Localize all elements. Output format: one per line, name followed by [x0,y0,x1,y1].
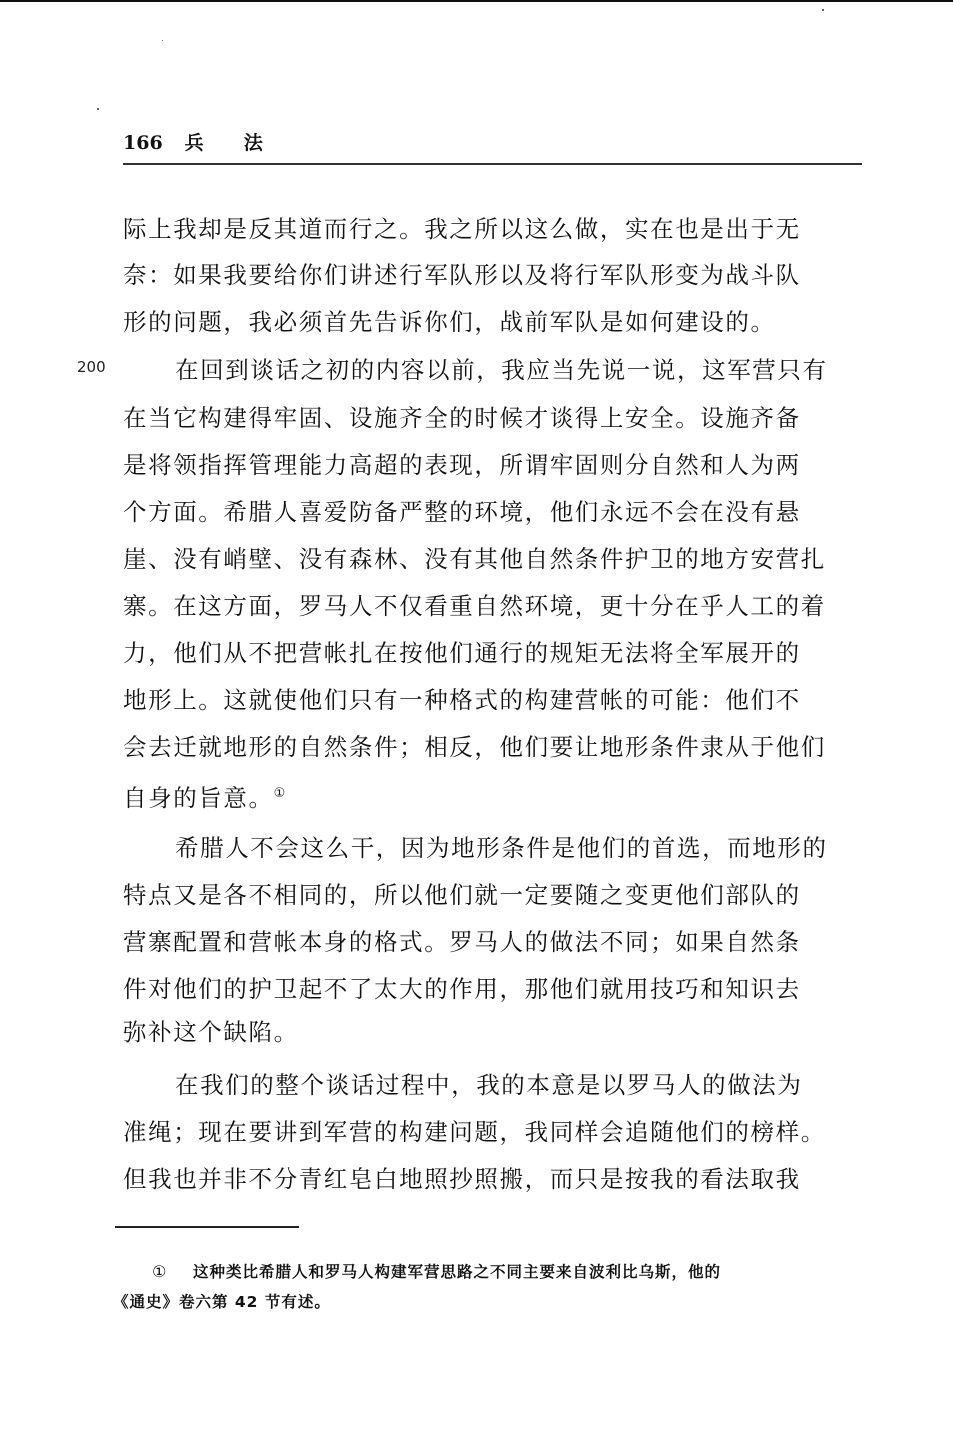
text-line: 寨。在这方面，罗马人不仅看重自然环境，更十分在乎人工的着 [123,591,863,621]
text-line: 崖、没有峭壁、没有森林、没有其他自然条件护卫的地方安营扎 [123,544,863,574]
text-line: 地形上。这就使他们只有一种格式的构建营帐的可能：他们不 [123,685,863,715]
paragraph-start-line: 在回到谈话之初的内容以前，我应当先说一说，这军营只有 [175,355,863,385]
text-line: 但我也并非不分青红皂白地照抄照搬，而只是按我的看法取我 [123,1164,863,1194]
margin-reference-number: 200 [77,358,106,376]
text-line: 自身的旨意。① [123,779,863,813]
text-line-content: 自身的旨意。 [123,784,274,812]
text-line: 是将领指挥管理能力高超的表现，所谓牢固则分自然和人为两 [123,450,863,480]
paragraph-start-line: 在我们的整个谈话过程中，我的本意是以罗马人的做法为 [175,1070,863,1100]
book-title-char: 兵 [185,132,204,154]
book-title-char: 法 [244,132,263,154]
text-line: 个方面。希腊人喜爱防备严整的环境，他们永远不会在没有悬 [123,497,863,527]
paragraph-start-line: 希腊人不会这么干，因为地形条件是他们的首选，而地形的 [175,833,863,863]
header-rule [123,163,862,165]
footnote-separator [115,1226,299,1228]
running-header: 166兵法 [123,128,263,155]
scan-speck [97,108,99,110]
text-line: 准绳；现在要讲到军营的构建问题，我同样会追随他们的榜样。 [123,1117,863,1147]
text-line: 会去迁就地形的自然条件；相反，他们要让地形条件隶从于他们 [123,732,863,762]
page-number: 166 [123,132,163,154]
text-line: 奈：如果我要给你们讲述行军队形以及将行军队形变为战斗队 [123,260,863,290]
scan-speck [162,40,163,41]
text-line: 在当它构建得牢固、设施齐全的时候才谈得上安全。设施齐备 [123,403,863,433]
scan-top-border [0,0,953,2]
footnote-reference[interactable]: ① [274,786,286,801]
text-line: 力，他们从不把营帐扎在按他们通行的规矩无法将全军展开的 [123,638,863,668]
text-line: 际上我却是反其道而行之。我之所以这么做，实在也是出于无 [123,214,863,244]
text-line: 件对他们的护卫起不了太大的作用，那他们就用技巧和知识去 [123,974,863,1004]
footnote-line: 这种类比希腊人和罗马人构建军营思路之不同主要来自波利比乌斯，他的 [193,1262,721,1282]
footnote-marker: ① [152,1262,166,1281]
text-line: 特点又是各不相同的，所以他们就一定要随之变更他们部队的 [123,880,863,910]
footnote-line: 《通史》卷六第 42 节有述。 [113,1292,331,1312]
text-line: 弥补这个缺陷。 [123,1017,863,1047]
text-line: 形的问题，我必须首先告诉你们，战前军队是如何建设的。 [123,307,863,337]
scan-speck [822,9,824,11]
text-line: 营寨配置和营帐本身的格式。罗马人的做法不同；如果自然条 [123,927,863,957]
